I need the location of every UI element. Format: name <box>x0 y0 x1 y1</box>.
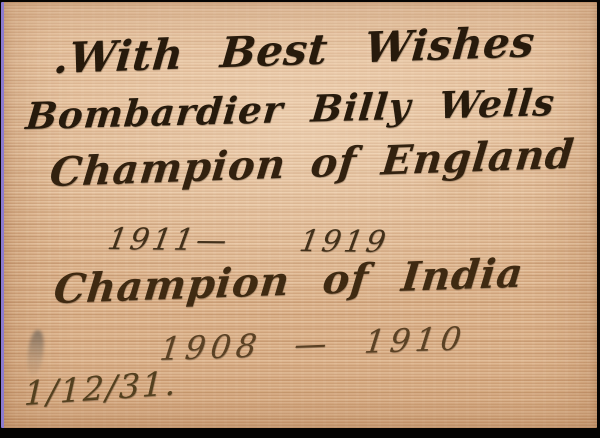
ink-smudge <box>25 329 45 376</box>
handwriting-line-years-india: 1908 — 1910 <box>158 321 468 367</box>
handwriting-line-years-england: 1911— 1919 <box>105 223 391 259</box>
handwriting-line-greeting: .With Best Wishes <box>52 19 537 82</box>
handwriting-line-name: Bombardier Billy Wells <box>24 82 557 137</box>
autograph-card: .With Best Wishes Bombardier Billy Wells… <box>1 2 597 428</box>
handwriting-line-title-india: Champion of India <box>52 252 526 313</box>
handwriting-line-date: 1/12/31. <box>23 365 178 412</box>
scan-photo: .With Best Wishes Bombardier Billy Wells… <box>0 0 600 438</box>
